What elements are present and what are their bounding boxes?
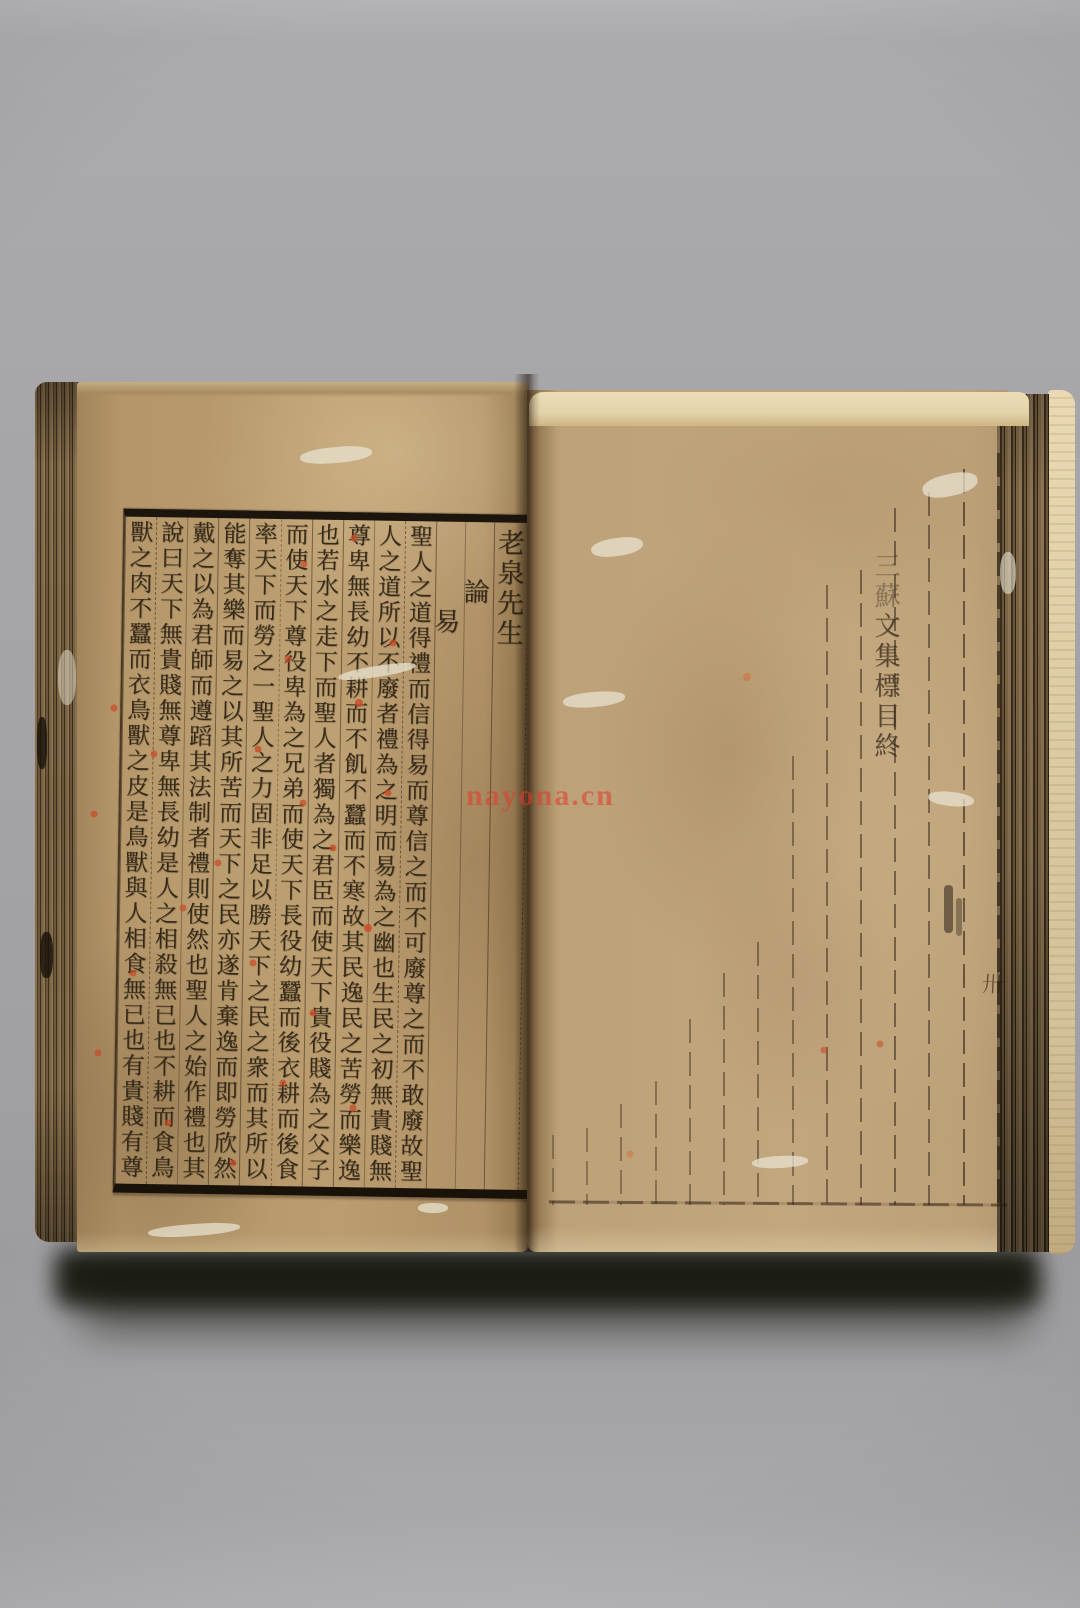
paper-scuff	[1000, 552, 1016, 594]
watermark-text: nayona.cn	[466, 779, 615, 813]
right-page-top-edge	[529, 392, 1029, 426]
printed-text-frame: 三蘇先生文集卷第一 老泉先生 論 易 聖人之道得禮而信得易而尊信之而不可廢尊之而…	[113, 509, 567, 1200]
photograph-of-open-book: 三蘇先生文集卷第一 老泉先生 論 易 聖人之道得禮而信得易而尊信之而不可廢尊之而…	[0, 0, 1080, 1608]
left-page: 三蘇先生文集卷第一 老泉先生 論 易 聖人之道得禮而信得易而尊信之而不可廢尊之而…	[35, 372, 527, 1252]
right-page-stack-fore-edge	[997, 394, 1049, 1252]
colophon-column: 三蘇文集標目終	[862, 552, 904, 812]
binding-gutter	[514, 374, 540, 1252]
ink-stain-on-edge	[40, 932, 53, 978]
left-page-stack-fore-edge	[35, 382, 83, 1242]
right-page: 三蘇文集標目終 卅	[527, 390, 1075, 1255]
ink-stain-on-edge	[37, 717, 47, 769]
paper-scuff	[58, 650, 76, 705]
ink-smudge	[944, 885, 953, 933]
ink-smudge	[956, 898, 962, 936]
colophon-text: 文集標目終	[870, 612, 900, 762]
left-page-paper: 三蘇先生文集卷第一 老泉先生 論 易 聖人之道得禮而信得易而尊信之而不可廢尊之而…	[77, 382, 529, 1252]
red-reading-marks	[0, 0, 4, 4]
paper-scuff	[418, 1203, 448, 1213]
edge-mark-character: 卅	[981, 967, 1005, 999]
colophon-faded-text: 三蘇	[870, 552, 900, 612]
book-shadow	[55, 1248, 1040, 1306]
right-outer-page-edge	[1048, 390, 1075, 1254]
